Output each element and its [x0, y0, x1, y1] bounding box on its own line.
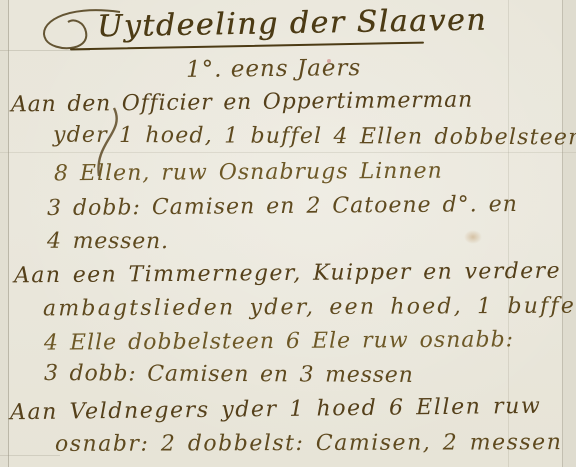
text-line: 3 dobb: Camisen en 3 messen [44, 361, 414, 388]
manuscript-page: Uytdeeling der Slaaven 1°. eens Jaers Aa… [0, 0, 576, 467]
page-right-edge [562, 0, 576, 467]
text-line: Aan Veldnegers yder 1 hoed 6 Ellen ruw [10, 394, 542, 425]
text-line: 4 messen. [47, 229, 169, 254]
text-line: 8 Ellen, ruw Osnabrugs Linnen [54, 159, 443, 187]
text-line: Aan den Officier en Oppertimmerman [11, 88, 473, 118]
document-subtitle: 1°. eens Jaers [186, 55, 362, 83]
text-line: osnabr: 2 dobbelst: Camisen, 2 messen [55, 430, 562, 457]
text-line: 3 dobb: Camisen en 2 Catoene d°. en [47, 192, 518, 221]
text-line: ambagtslieden yder, een hoed, 1 buffel [43, 294, 576, 322]
page-left-fold-edge [0, 0, 9, 467]
document-title: Uytdeeling der Slaaven [97, 3, 488, 45]
text-line: Aan een Timmerneger, Kuipper en verdere [14, 259, 561, 289]
paper-stain [464, 230, 482, 244]
paper-laid-line [0, 455, 60, 456]
text-line: yder 1 hoed, 1 buffel 4 Ellen dobbelstee… [53, 123, 576, 151]
text-line: 4 Elle dobbelsteen 6 Ele ruw osnabb: [44, 327, 514, 355]
